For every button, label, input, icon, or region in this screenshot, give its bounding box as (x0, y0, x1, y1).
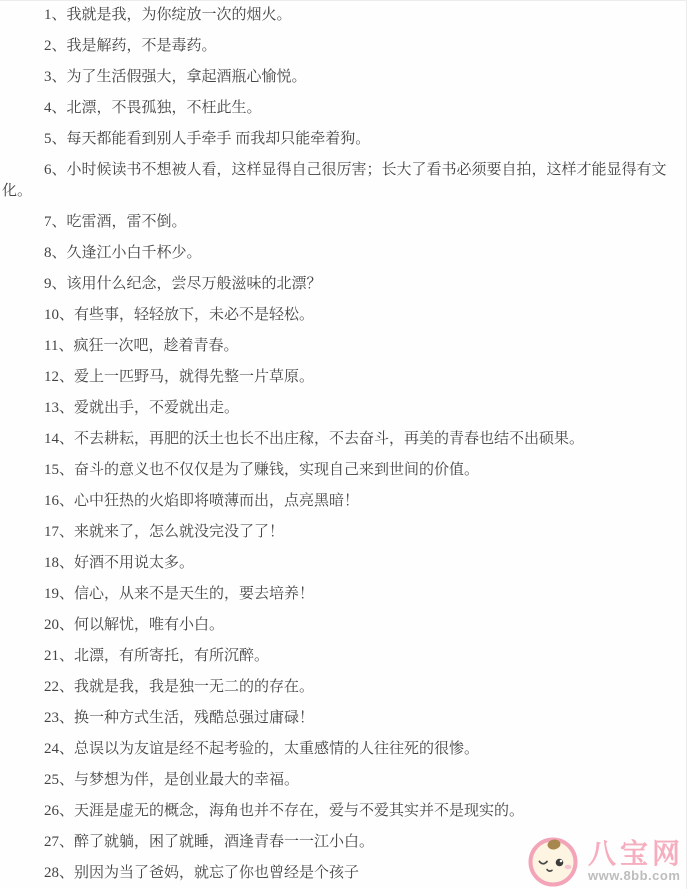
quote-item: 15、奋斗的意义也不仅仅是为了赚钱，实现自己来到世间的价值。 (2, 460, 684, 481)
quote-item: 19、信心，从来不是天生的，要去培养！ (2, 584, 684, 605)
quote-item: 4、北漂，不畏孤独，不枉此生。 (2, 98, 684, 119)
quote-item: 3、为了生活假强大，拿起酒瓶心愉悦。 (2, 67, 684, 88)
quote-item: 14、不去耕耘，再肥的沃土也长不出庄稼，不去奋斗，再美的青春也结不出硕果。 (2, 429, 684, 450)
quote-item: 6、小时候读书不想被人看，这样显得自己很厉害；长大了看书必须要自拍，这样才能显得… (2, 160, 684, 202)
quote-item: 13、爱就出手，不爱就出走。 (2, 398, 684, 419)
quote-item: 25、与梦想为伴，是创业最大的幸福。 (2, 770, 684, 791)
quote-item: 23、换一种方式生活，残酷总强过庸碌！ (2, 708, 684, 729)
baby-face-icon (527, 835, 579, 887)
quote-item: 16、心中狂热的火焰即将喷薄而出，点亮黑暗！ (2, 491, 684, 512)
quote-item: 1、我就是我，为你绽放一次的烟火。 (2, 5, 684, 26)
quote-item: 5、每天都能看到别人手牵手 而我却只能牵着狗。 (2, 129, 684, 150)
quote-item: 2、我是解药，不是毒药。 (2, 36, 684, 57)
watermark: 八宝网 www.8bb.com (527, 835, 684, 887)
quote-item: 12、爱上一匹野马，就得先整一片草原。 (2, 367, 684, 388)
quote-item: 20、何以解忧，唯有小白。 (2, 615, 684, 636)
quote-item: 26、天涯是虚无的概念，海角也并不存在，爱与不爱其实并不是现实的。 (2, 801, 684, 822)
quote-item: 9、该用什么纪念，尝尽万般滋味的北漂？ (2, 274, 684, 295)
quote-list: 1、我就是我，为你绽放一次的烟火。2、我是解药，不是毒药。3、为了生活假强大，拿… (0, 5, 686, 884)
quote-item: 18、好酒不用说太多。 (2, 553, 684, 574)
quote-item: 11、疯狂一次吧，趁着青春。 (2, 336, 684, 357)
article-body: 1、我就是我，为你绽放一次的烟火。2、我是解药，不是毒药。3、为了生活假强大，拿… (0, 0, 687, 889)
quote-item: 10、有些事，轻轻放下，未必不是轻松。 (2, 305, 684, 326)
quote-item: 22、我就是我，我是独一无二的的存在。 (2, 677, 684, 698)
quote-item: 17、来就来了，怎么就没完没了了！ (2, 522, 684, 543)
quote-item: 24、总误以为友谊是经不起考验的，太重感情的人往往死的很惨。 (2, 739, 684, 760)
quote-item: 21、北漂，有所寄托，有所沉醉。 (2, 646, 684, 667)
watermark-site-name: 八宝网 (588, 840, 684, 868)
watermark-text-block: 八宝网 www.8bb.com (588, 840, 684, 883)
quote-item: 8、久逢江小白千杯少。 (2, 243, 684, 264)
quote-item: 7、吃雷酒，雷不倒。 (2, 212, 684, 233)
watermark-site-url: www.8bb.com (588, 869, 680, 883)
